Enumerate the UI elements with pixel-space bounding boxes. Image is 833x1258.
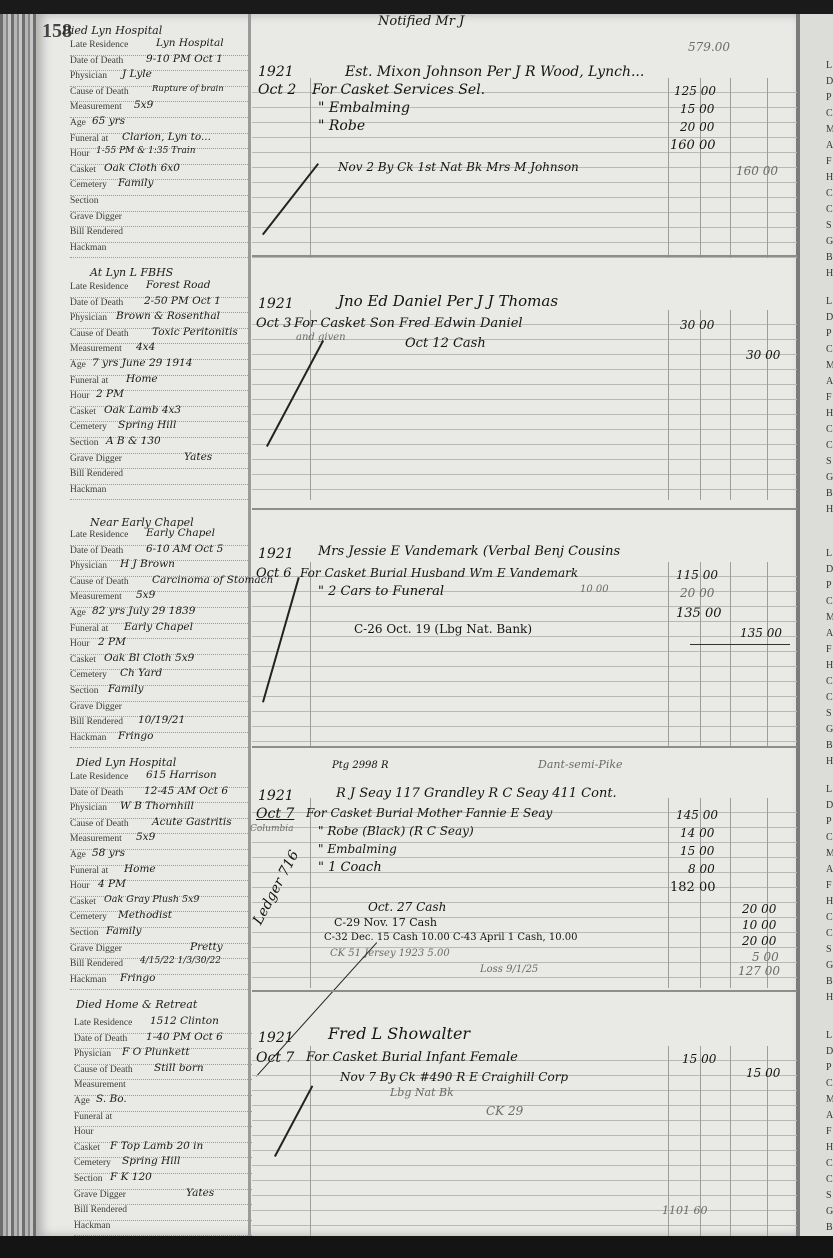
line-item: " Robe [318, 118, 365, 134]
form-fields: Late ResidenceLyn Hospital Date of Death… [70, 40, 248, 258]
ledger-top-note-pencil: Dant-semi-Pike [538, 758, 623, 771]
account-name: R J Seay 117 Grandley R C Seay 411 Cont. [336, 786, 617, 801]
header-note: Died Lyn Hospital [62, 24, 162, 37]
payment-note: Oct 12 Cash [405, 336, 486, 351]
payment-note: C-29 Nov. 17 Cash [334, 916, 437, 929]
line-amount: 125 00 [674, 84, 716, 98]
field-grave-digger: Grave DiggerYates [74, 1190, 252, 1206]
field-section: SectionF K 120 [74, 1174, 252, 1190]
field-bill-rendered: Bill Rendered4/15/22 1/3/30/22 [70, 959, 248, 975]
line-amount: 30 00 [680, 318, 714, 332]
field-grave-digger: Grave DiggerYates [70, 454, 248, 470]
field-age: AgeS. Bo. [74, 1096, 252, 1112]
account-name: Jno Ed Daniel Per J J Thomas [338, 292, 558, 310]
field-section: SectionFamily [70, 686, 248, 702]
form-fields: Late Residence1512 Clinton Date of Death… [74, 1018, 252, 1236]
field-cemetery: CemeteryMethodist [70, 912, 248, 928]
running-total: 579.00 [688, 40, 730, 54]
account-name: Fred L Showalter [328, 1024, 470, 1043]
page-footer-total: 1101 60 [662, 1204, 708, 1217]
field-funeral-at: Funeral atEarly Chapel [70, 624, 248, 640]
field-hackman: HackmanFringo [70, 733, 248, 749]
field-funeral-at: Funeral at [74, 1112, 252, 1128]
payment-note-bank: Lbg Nat Bk [390, 1086, 454, 1099]
field-bill-rendered: Bill Rendered [70, 469, 248, 485]
payment-note: C-32 Dec. 15 Cash 10.00 C-43 April 1 Cas… [324, 932, 578, 943]
pencil-note: 10 00 [580, 584, 609, 595]
credit-amount: 160 00 [736, 164, 778, 178]
ledger-year: 1921 [258, 546, 294, 562]
book-page-edges [0, 14, 40, 1244]
header-note: Died Home & Retreat [76, 998, 197, 1011]
field-cause-of-death: Cause of DeathRupture of brain [70, 87, 248, 103]
credit-amount: 15 00 [746, 1066, 780, 1080]
line-item: For Casket Burial Husband Wm E Vandemark [300, 566, 578, 580]
ledger-date: Oct 7 [256, 1050, 294, 1066]
field-age: Age58 yrs [70, 850, 248, 866]
ledger-total: 135 00 [676, 606, 722, 621]
field-cause-of-death: Cause of DeathToxic Peritonitis [70, 329, 248, 345]
field-hackman: Hackman [70, 485, 248, 501]
ledger-year: 1921 [258, 1030, 294, 1046]
field-bill-rendered: Bill Rendered [70, 227, 248, 243]
ledger-date: Oct 6 [256, 566, 292, 581]
field-hackman: HackmanFringo [70, 975, 248, 991]
field-hackman: Hackman [70, 243, 248, 259]
ledger-total: 160 00 [670, 138, 716, 153]
line-item: " 1 Coach [318, 860, 382, 875]
header-note: At Lyn L FBHS [90, 266, 173, 279]
line-item: For Casket Burial Mother Fannie E Seay [306, 806, 552, 820]
field-grave-digger: Grave Digger [70, 212, 248, 228]
credit-total: 127 00 [738, 964, 780, 978]
line-item: " Embalming [318, 100, 410, 116]
field-bill-rendered: Bill Rendered [74, 1205, 252, 1221]
field-cause-of-death: Cause of DeathStill born [74, 1065, 252, 1081]
line-amount: 145 00 [676, 808, 718, 822]
line-amount: 8 00 [688, 862, 715, 876]
field-cause-of-death: Cause of DeathCarcinoma of Stomach [70, 577, 248, 593]
payment-amount: 20 00 [742, 902, 776, 916]
ledger-date: Oct 7 [256, 806, 294, 822]
line-amount: 14 00 [680, 826, 714, 840]
ledger-total: 182 00 [670, 880, 716, 895]
line-amount: 115 00 [676, 568, 718, 582]
field-section: Section [70, 196, 248, 212]
field-cemetery: CemeterySpring Hill [74, 1158, 252, 1174]
line-amount: 20 00 [680, 586, 714, 600]
ledger-year: 1921 [258, 64, 294, 80]
ledger-date: Oct 2 [258, 82, 296, 98]
ledger-top-note: Ptg 2998 R [332, 760, 388, 771]
line-amount: 15 00 [680, 102, 714, 116]
form-fields: Late Residence615 Harrison Date of Death… [70, 772, 248, 990]
field-cemetery: CemeteryFamily [70, 180, 248, 196]
field-cemetery: CemeteryCh Yard [70, 670, 248, 686]
field-funeral-at: Funeral atHome [70, 866, 248, 882]
line-item: For Casket Services Sel. [312, 82, 485, 98]
payment-note: Nov 7 By Ck #490 R E Craighill Corp [340, 1070, 568, 1084]
field-section: SectionA B & 130 [70, 438, 248, 454]
field-casket: CasketOak Cloth 6x0 [70, 165, 248, 181]
payment-note: C-26 Oct. 19 (Lbg Nat. Bank) [354, 622, 532, 636]
line-item: For Casket Burial Infant Female [306, 1050, 518, 1065]
line-item: " Embalming [318, 842, 397, 856]
side-note: Columbia [250, 824, 294, 834]
ledger-year: 1921 [258, 296, 294, 312]
field-age: Age7 yrs June 29 1914 [70, 360, 248, 376]
payment-note: Nov 2 By Ck 1st Nat Bk Mrs M Johnson [338, 160, 579, 174]
line-amount: 15 00 [682, 1052, 716, 1066]
ledger-date: Oct 3 [256, 316, 292, 331]
field-cause-of-death: Cause of DeathAcute Gastritis [70, 819, 248, 835]
account-name: Mrs Jessie E Vandemark (Verbal Benj Cous… [318, 544, 620, 559]
account-name: Est. Mixon Johnson Per J R Wood, Lynch..… [345, 64, 644, 80]
line-item: " 2 Cars to Funeral [318, 584, 444, 599]
credit-amount: 30 00 [746, 348, 780, 362]
field-hackman: Hackman [74, 1221, 252, 1237]
payment-amount: 20 00 [742, 934, 776, 948]
credit-amount: 135 00 [740, 626, 782, 640]
payment-amount: 5 00 [752, 950, 779, 964]
form-fields: Late ResidenceEarly Chapel Date of Death… [70, 530, 248, 748]
header-note: Died Lyn Hospital [76, 756, 176, 769]
balance-note: Loss 9/1/25 [480, 964, 538, 975]
ledger-top-note: Notified Mr J [378, 14, 464, 29]
line-amount: 15 00 [680, 844, 714, 858]
field-date-of-death: Date of Death9-10 PM Oct 1 [70, 56, 248, 72]
payment-note: Oct. 27 Cash [368, 900, 446, 914]
line-item: For Casket Son Fred Edwin Daniel [294, 316, 523, 331]
payment-amount: 10 00 [742, 918, 776, 932]
line-item: " Robe (Black) (R C Seay) [318, 824, 474, 838]
field-bill-rendered: Bill Rendered10/19/21 [70, 717, 248, 733]
payment-note: CK 51 Jersey 1923 5.00 [330, 948, 450, 959]
book-cover-bottom [0, 1236, 833, 1258]
line-amount: 20 00 [680, 120, 714, 134]
ledger-year: 1921 [258, 788, 294, 804]
form-fields: Late ResidenceForest Road Date of Death2… [70, 282, 248, 500]
check-note: CK 29 [486, 1104, 523, 1118]
